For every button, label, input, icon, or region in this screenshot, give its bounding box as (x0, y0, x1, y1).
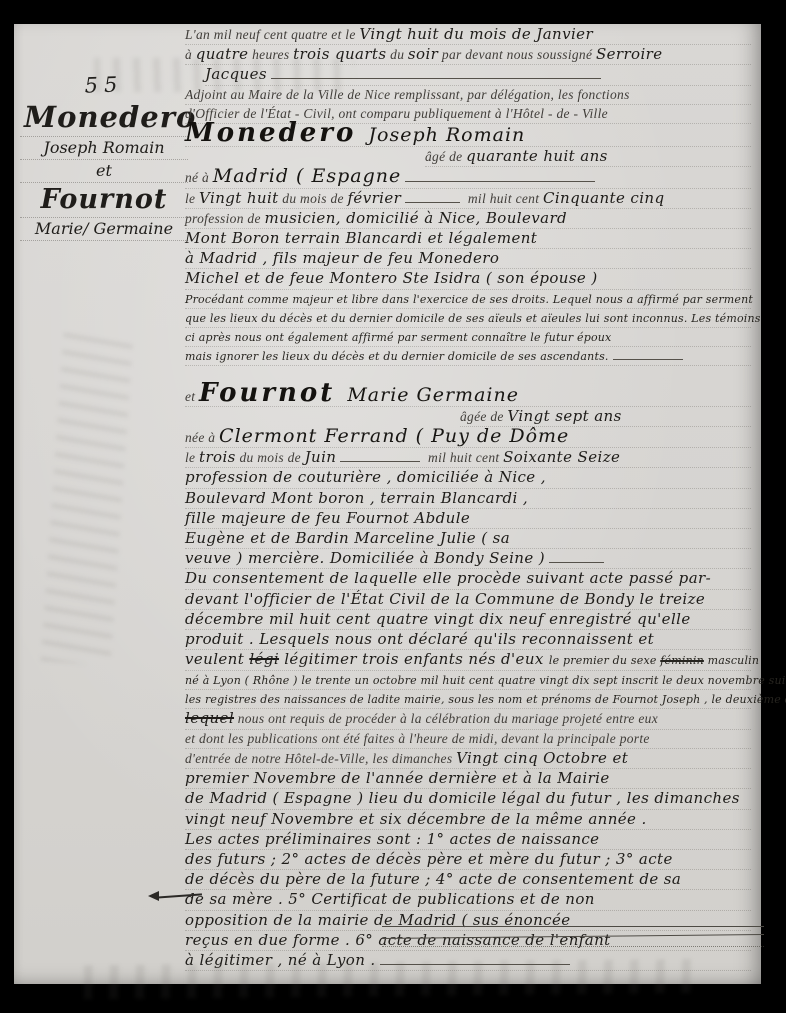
text-segment: lequel (185, 709, 234, 727)
text-segment: le (185, 191, 199, 206)
act-number: 55 (20, 69, 189, 102)
text-segment: Clermont Ferrand ( Puy de Dôme (219, 425, 569, 447)
text-segment: mais ignorer les lieux du décès et du de… (185, 350, 609, 363)
text-segment: des futurs ; 2° actes de décès père et m… (185, 850, 673, 868)
text-segment: à Madrid , fils majeur de feu Monedero (185, 249, 499, 267)
text-segment: quatre (196, 45, 249, 63)
text-segment: Jacques (205, 65, 267, 83)
text-segment: né à (185, 170, 213, 185)
scan-frame: { "document": { "margin": { "act_number"… (0, 0, 786, 1013)
text-line: produit . Lesquels nous ont déclaré qu'i… (185, 630, 751, 650)
ink-bleedthrough-mark (41, 332, 134, 666)
text-line: ci après nous ont également affirmé par … (185, 328, 751, 347)
text-segment: mil huit cent (424, 450, 503, 465)
text-line: de Madrid ( Espagne ) lieu du domicile l… (185, 789, 751, 809)
text-line: et Fournot Marie Germaine (185, 384, 751, 407)
text-segment: Eugène et de Bardin Marceline Julie ( sa (185, 529, 510, 547)
text-segment: par devant nous soussigné (438, 47, 596, 62)
text-segment: Juin (305, 448, 337, 466)
text-segment: et (185, 389, 199, 404)
text-segment: veulent (185, 650, 249, 668)
text-segment: Michel et de feue Montero Ste Isidra ( s… (185, 269, 598, 287)
closing-rules (382, 926, 764, 956)
text-segment: Mont Boron terrain Blancardi et légaleme… (185, 229, 537, 247)
form-rule-line (271, 68, 601, 79)
text-line: Procédant comme majeur et libre dans l'e… (185, 290, 751, 309)
text-segment: devant l'officier de l'État Civil de la … (185, 590, 705, 608)
text-line: veulent légi légitimer trois enfants nés… (185, 650, 751, 671)
margin-column: 55 Monedero Joseph Romain et Fournot Mar… (20, 72, 188, 241)
text-segment: Soixante Seize (503, 448, 620, 466)
closing-rule (382, 946, 764, 947)
closing-rule (382, 934, 764, 939)
text-segment: Vingt sept ans (507, 407, 621, 425)
text-line: vingt neuf Novembre et six décembre de l… (185, 810, 751, 830)
text-segment: de sa mère . 5° Certificat de publicatio… (185, 890, 595, 908)
text-line: veuve ) mercière. Domiciliée à Bondy Sei… (185, 549, 751, 569)
text-line: né à Madrid ( Espagne (185, 167, 751, 188)
text-line: âgé de quarante huit ans (425, 147, 751, 167)
text-line: né à Lyon ( Rhône ) le trente un octobre… (185, 671, 751, 690)
text-segment: du (386, 47, 407, 62)
text-segment: février (347, 189, 401, 207)
form-rule-line (405, 171, 595, 182)
text-line: profession de couturière , domiciliée à … (185, 468, 751, 488)
text-segment: Adjoint au Maire de la Ville de Nice rem… (185, 87, 630, 102)
text-segment: né à Lyon ( Rhône ) le trente un octobre… (185, 674, 786, 687)
text-segment: à (185, 47, 196, 62)
text-line: Adjoint au Maire de la Ville de Nice rem… (185, 86, 751, 105)
text-line: de décès du père de la future ; 4° acte … (185, 870, 751, 890)
text-segment: veuve ) mercière. Domiciliée à Bondy Sei… (185, 549, 545, 567)
text-segment: à légitimer , né à Lyon . (185, 951, 376, 969)
text-line: Boulevard Mont boron , terrain Blancardi… (185, 489, 751, 509)
margin-name-groom-surname: Monedero (20, 99, 188, 137)
text-segment: Cinquante cinq (543, 189, 665, 207)
text-segment: légi (249, 650, 279, 668)
text-segment: Vingt cinq Octobre et (456, 749, 628, 767)
text-line: L'an mil neuf cent quatre et le Vingt hu… (185, 25, 751, 45)
text-line: premier Novembre de l'année dernière et … (185, 769, 751, 789)
text-segment: d'entrée de notre Hôtel-de-Ville, les di… (185, 751, 456, 766)
text-segment: Joseph Romain (368, 124, 525, 146)
margin-name-bride-firstnames: Marie/ Germaine (20, 218, 188, 241)
text-segment: Marie Germaine (347, 384, 519, 406)
text-segment: produit . Lesquels nous ont déclaré qu'i… (185, 630, 654, 648)
text-line: de sa mère . 5° Certificat de publicatio… (185, 890, 751, 910)
text-line: le Vingt huit du mois de février mil hui… (185, 189, 751, 209)
text-segment: féminin (660, 654, 704, 667)
text-segment: que les lieux du décès et du dernier dom… (185, 312, 761, 325)
text-line: Michel et de feue Montero Ste Isidra ( s… (185, 269, 751, 289)
text-segment: Madrid ( Espagne (213, 165, 402, 187)
text-segment: fille majeure de feu Fournot Abdule (185, 509, 470, 527)
text-segment: trois (199, 448, 236, 466)
text-line: profession de musicien, domicilié à Nice… (185, 209, 751, 229)
margin-arrow-mark (150, 890, 202, 902)
text-segment: profession de (185, 211, 264, 226)
text-line: et dont les publications ont été faites … (185, 730, 751, 749)
text-segment: Boulevard Mont boron , terrain Blancardi… (185, 489, 528, 507)
text-line: à quatre heures trois quarts du soir par… (185, 45, 751, 65)
text-segment: L'an mil neuf cent quatre et le (185, 27, 359, 42)
text-line: Du consentement de laquelle elle procède… (185, 569, 751, 589)
text-segment: âgée de (460, 409, 507, 424)
text-segment: le premier du sexe (549, 654, 660, 667)
text-segment: masculin (704, 654, 759, 667)
form-rule-line (613, 349, 683, 360)
text-segment: Les actes préliminaires sont : 1° actes … (185, 830, 599, 848)
closing-rule (382, 926, 764, 927)
form-rule-line (549, 552, 604, 563)
text-line: le trois du mois de Juin mil huit cent S… (185, 448, 751, 468)
text-segment: heures (248, 47, 293, 62)
text-line: Mont Boron terrain Blancardi et légaleme… (185, 229, 751, 249)
text-segment: les registres des naissances de ladite m… (185, 693, 786, 706)
text-line: Les actes préliminaires sont : 1° actes … (185, 830, 751, 850)
text-line: Jacques (205, 65, 751, 85)
margin-name-groom-firstnames: Joseph Romain (20, 137, 188, 160)
text-line: décembre mil huit cent quatre vingt dix … (185, 610, 751, 630)
document-body: L'an mil neuf cent quatre et le Vingt hu… (185, 25, 751, 971)
text-line: fille majeure de feu Fournot Abdule (185, 509, 751, 529)
text-segment: de décès du père de la future ; 4° acte … (185, 870, 681, 888)
text-line: lequel nous ont requis de procéder à la … (185, 709, 751, 729)
text-segment: profession de couturière , domiciliée à … (185, 468, 546, 486)
text-segment: trois quarts (293, 45, 386, 63)
text-line: mais ignorer les lieux du décès et du de… (185, 347, 751, 366)
form-rule-line (340, 451, 420, 462)
text-segment: Vingt huit (199, 189, 279, 207)
text-segment: du mois de (279, 191, 348, 206)
text-segment: le (185, 450, 199, 465)
text-segment: musicien, domicilié à Nice, Boulevard (264, 209, 567, 227)
text-line: des futurs ; 2° actes de décès père et m… (185, 850, 751, 870)
text-line: née à Clermont Ferrand ( Puy de Dôme (185, 427, 751, 448)
text-segment: Procédant comme majeur et libre dans l'e… (185, 293, 753, 306)
text-segment: du mois de (236, 450, 305, 465)
text-segment: Monedero (185, 118, 368, 148)
document-page: 55 Monedero Joseph Romain et Fournot Mar… (14, 24, 761, 984)
form-rule-line (405, 192, 460, 203)
text-line: âgée de Vingt sept ans (460, 407, 751, 427)
text-segment: premier Novembre de l'année dernière et … (185, 769, 610, 787)
text-segment: nous ont requis de procéder à la célébra… (234, 711, 658, 726)
text-segment: soir (408, 45, 438, 63)
text-line: d'entrée de notre Hôtel-de-Ville, les di… (185, 749, 751, 769)
text-segment: ci après nous ont également affirmé par … (185, 331, 611, 344)
text-segment: Vingt huit du mois de Janvier (359, 25, 593, 43)
text-segment: vingt neuf Novembre et six décembre de l… (185, 810, 647, 828)
text-segment: mil huit cent (464, 191, 543, 206)
text-segment: Serroire (596, 45, 663, 63)
text-segment: Du consentement de laquelle elle procède… (185, 569, 711, 587)
text-segment: décembre mil huit cent quatre vingt dix … (185, 610, 691, 628)
text-segment: née à (185, 430, 219, 445)
text-segment: quarante huit ans (466, 147, 608, 165)
text-segment: Fournot (199, 378, 347, 408)
text-line: les registres des naissances de ladite m… (185, 690, 751, 709)
text-line: Eugène et de Bardin Marceline Julie ( sa (185, 529, 751, 549)
text-segment: légitimer trois enfants nés d'eux (279, 650, 549, 668)
margin-name-conjunction: et (20, 160, 188, 183)
text-line: que les lieux du décès et du dernier dom… (185, 309, 751, 328)
text-segment: de Madrid ( Espagne ) lieu du domicile l… (185, 789, 740, 807)
margin-name-bride-surname: Fournot (20, 183, 188, 218)
text-segment: et dont les publications ont été faites … (185, 731, 650, 746)
text-line: devant l'officier de l'État Civil de la … (185, 590, 751, 610)
text-line: Monedero Joseph Romain (185, 124, 751, 147)
text-segment: âgé de (425, 149, 466, 164)
text-line: à Madrid , fils majeur de feu Monedero (185, 249, 751, 269)
